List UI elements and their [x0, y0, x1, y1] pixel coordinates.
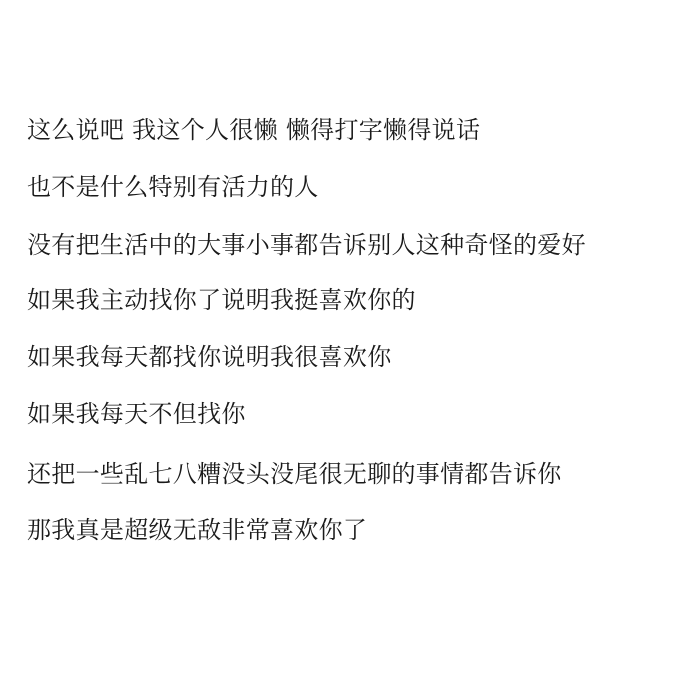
text-line-2: 也不是什么特别有活力的人 — [27, 171, 319, 203]
text-line-7: 还把一些乱七八糟没头没尾很无聊的事情都告诉你 — [27, 458, 562, 490]
text-line-4: 如果我主动找你了说明我挺喜欢你的 — [27, 284, 416, 316]
text-line-8: 那我真是超级无敌非常喜欢你了 — [27, 514, 367, 546]
text-line-1: 这么说吧 我这个人很懒 懒得打字懒得说话 — [27, 114, 480, 146]
text-line-6: 如果我每天不但找你 — [27, 398, 246, 430]
text-line-5: 如果我每天都找你说明我很喜欢你 — [27, 341, 392, 373]
text-line-3: 没有把生活中的大事小事都告诉别人这种奇怪的爱好 — [27, 229, 586, 261]
